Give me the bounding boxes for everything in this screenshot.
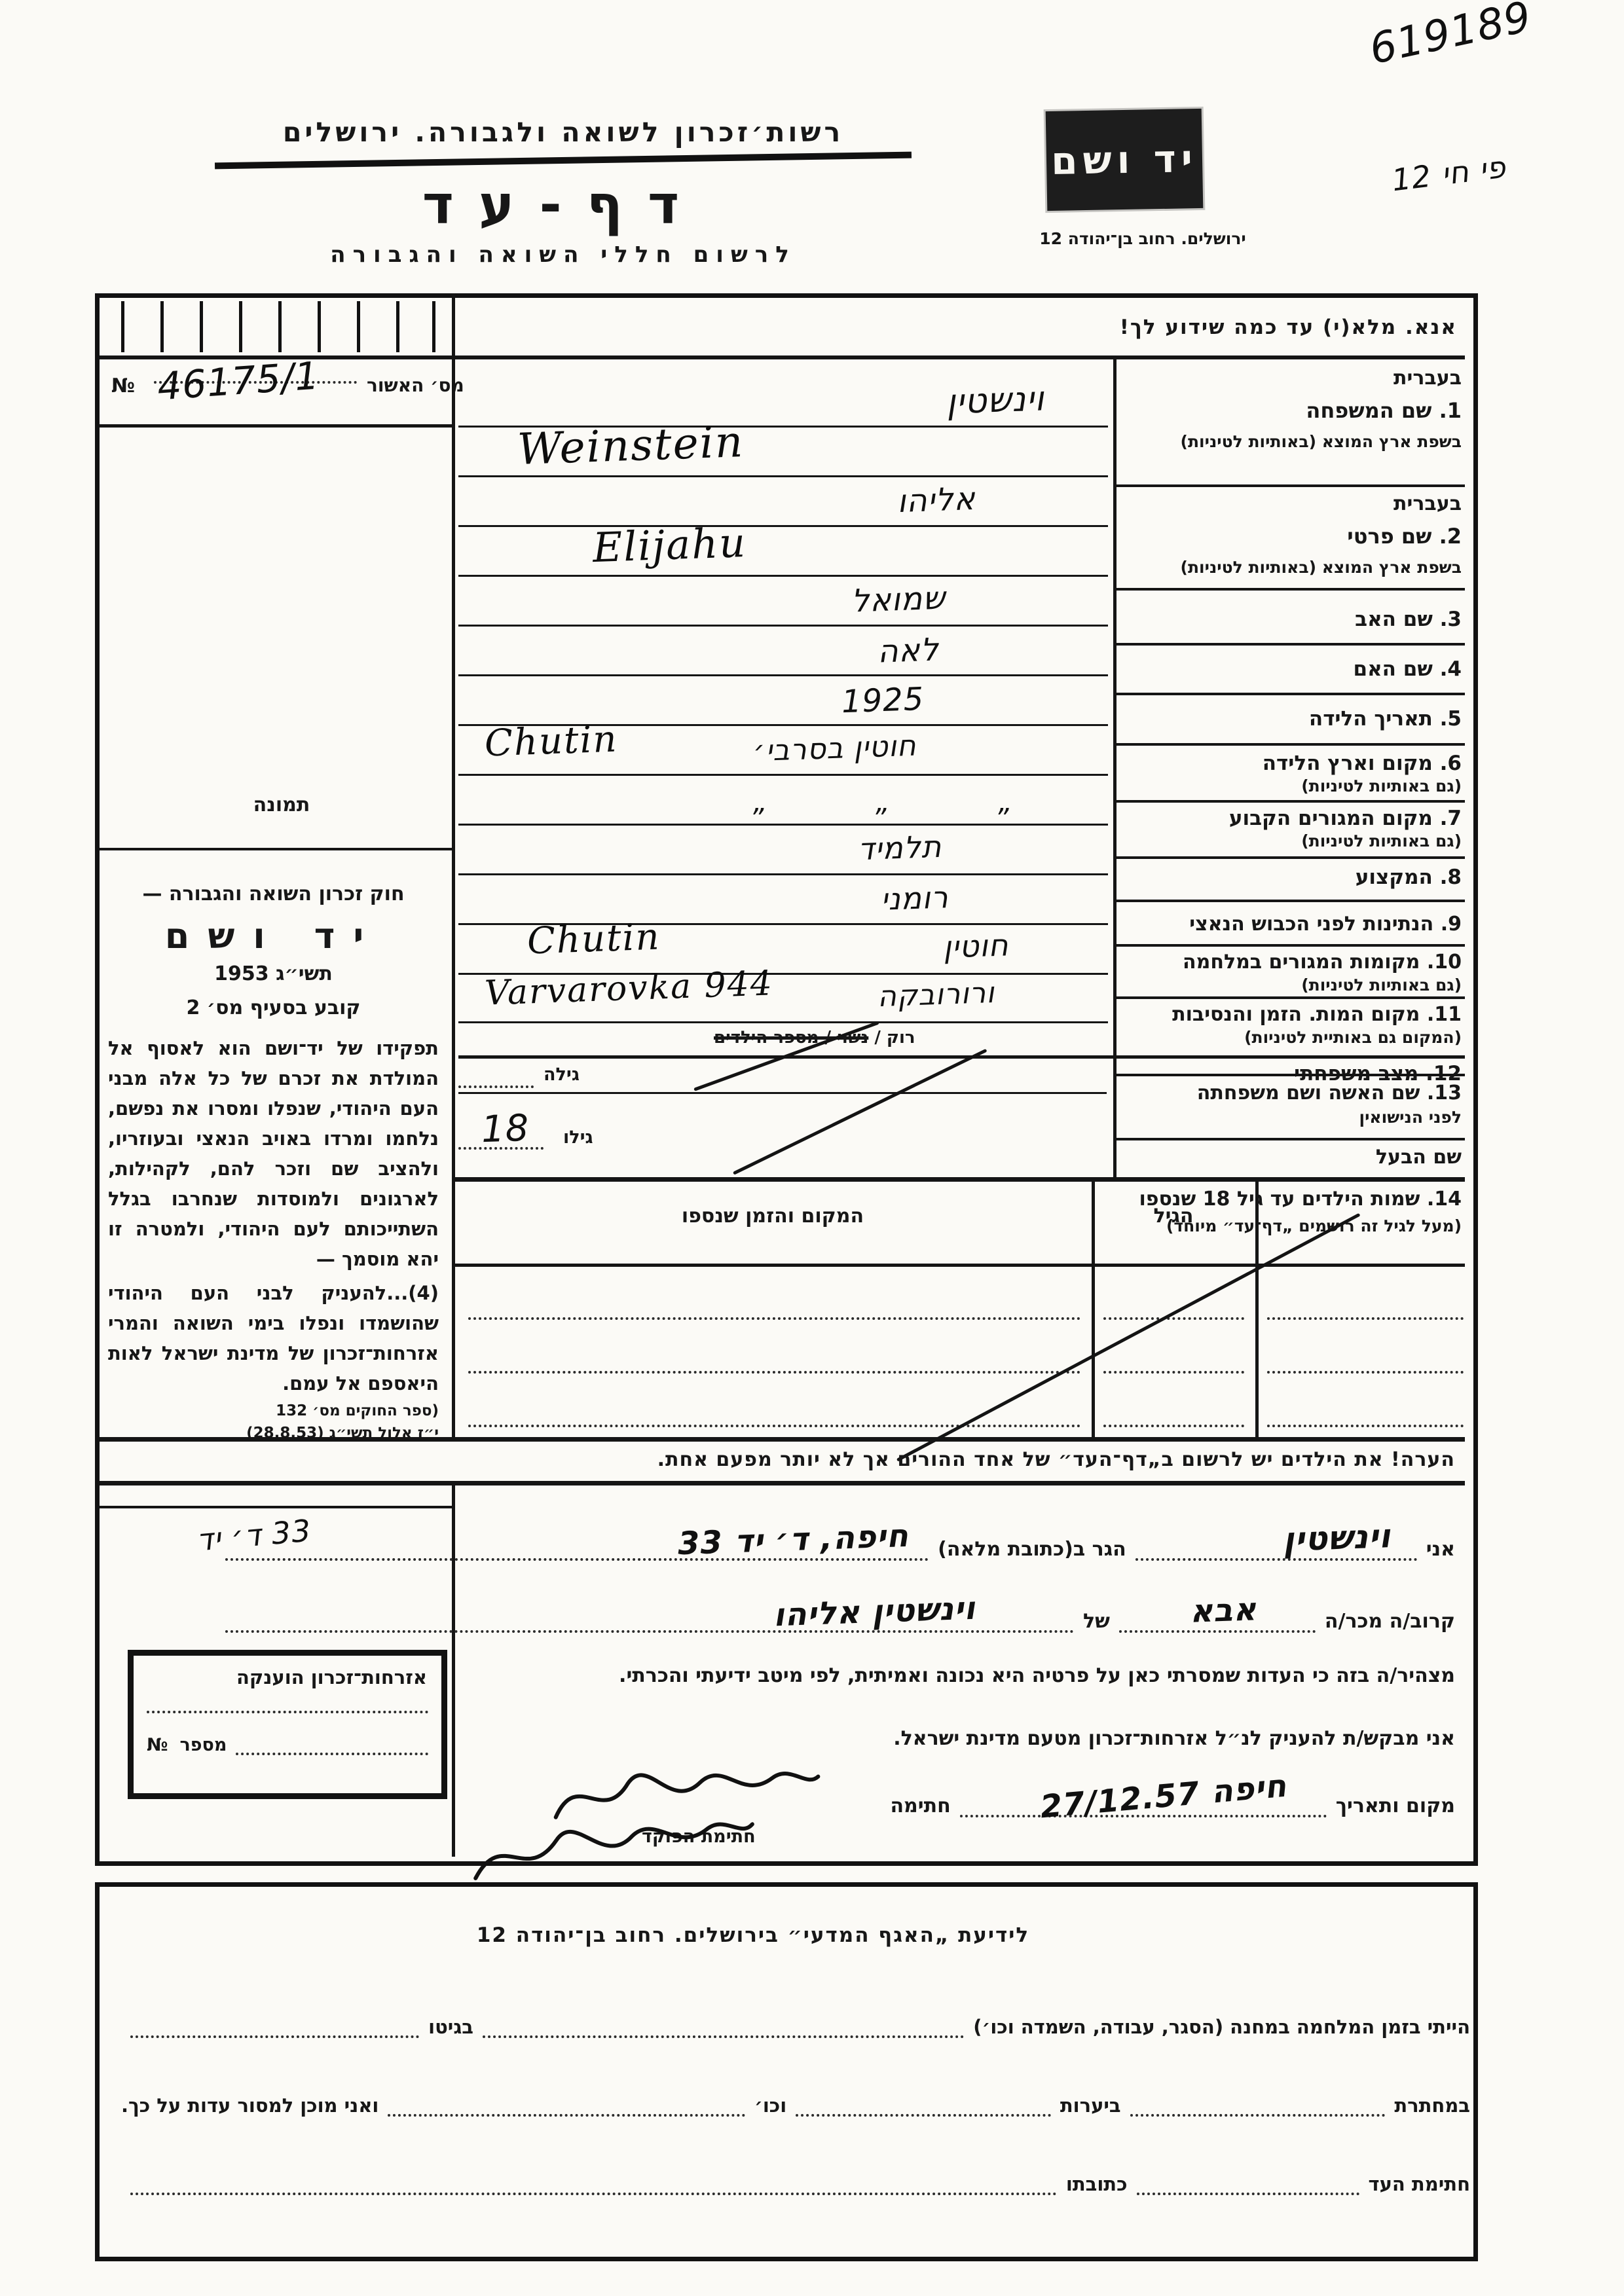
field-number: 13.	[1427, 1082, 1462, 1104]
label-divider	[1115, 800, 1465, 803]
label-divider	[1115, 743, 1465, 746]
sublabel-wife-name: לפני הנישואין	[1359, 1108, 1462, 1127]
bottom-ghetto-label: בגיטו	[428, 2016, 473, 2038]
citizenship-dotted-line	[147, 1711, 428, 1713]
bottom-underground-blank	[1130, 2085, 1386, 2117]
label-birth-date: תאריך הלידה	[1309, 707, 1433, 731]
table-column-line	[1255, 1177, 1259, 1437]
divider-label-column	[1113, 355, 1116, 1177]
decl-address-blank: חיפה, ד׳ יד 33	[225, 1520, 929, 1561]
his-age-value: 18	[481, 1107, 530, 1152]
label-permanent-residence: מקום המגורים הקבוע	[1229, 807, 1433, 830]
value-family-name-hebrew: וינשטין	[946, 379, 1045, 422]
field-number: 1.	[1439, 398, 1462, 423]
field-number: 8.	[1440, 866, 1462, 889]
logo-caption: ירושלים. רחוב בן־יהודה 12	[1018, 229, 1267, 248]
law-section: קובע בסעיף מס׳ 2	[108, 996, 439, 1019]
label-profession: המקצוע	[1356, 866, 1433, 889]
rule-family-status	[458, 1055, 1465, 1059]
write-line	[458, 625, 1108, 627]
decl-of-blank: וינשטין אליהו	[225, 1592, 1074, 1633]
header: רשות׳זכרון לשואה ולגבורה. ירושלים דף-עד …	[210, 117, 917, 268]
numero-sign: №	[111, 374, 135, 397]
decl-request: אני מבקש/ת להעניק לנ״ל אזרחות־זכרון מטעם…	[893, 1727, 1455, 1750]
tick-mark	[318, 301, 321, 352]
decl-address-value: חיפה, ד׳ יד 33	[678, 1518, 910, 1562]
table-row-dotted	[468, 1317, 1080, 1320]
value-war-residence-hebrew: חוטין	[942, 927, 1009, 964]
decl-signature-label: חתימה	[890, 1795, 950, 1817]
decl-of-value: וינשטין אליהו	[773, 1590, 976, 1634]
table-row-dotted	[1267, 1317, 1464, 1320]
tick-mark	[278, 301, 282, 352]
value-father-name: שמואל	[851, 580, 946, 620]
citizenship-box: אזרחות־זכרון הוענקה מספר №	[128, 1650, 447, 1799]
value-war-residence-latin: Chutin	[526, 915, 661, 962]
bottom-forests-blank	[796, 2085, 1051, 2117]
field-number: 10.	[1427, 951, 1462, 974]
value-birth-date: 1925	[841, 681, 925, 720]
bottom-etc-blank	[388, 2085, 745, 2117]
header-underline	[215, 152, 912, 170]
label-divider	[1115, 900, 1465, 902]
decl-relation-blank: אבא	[1119, 1592, 1316, 1633]
tick-mark	[357, 301, 360, 352]
authority-line: רשות׳זכרון לשואה ולגבורה. ירושלים	[210, 117, 917, 148]
label-wife-name: שם האשה ושם משפחתה	[1197, 1082, 1420, 1104]
table-top-rule	[455, 1177, 1465, 1182]
rule-photo-bottom	[100, 848, 452, 850]
tick-mark	[160, 301, 164, 352]
table-header-age: הגיל	[1095, 1205, 1252, 1228]
sublabel-family-name: בשפת ארץ המוצא (באותיות לטיניות)	[1181, 432, 1462, 451]
write-line	[458, 774, 1108, 776]
label-divider	[1115, 1138, 1465, 1140]
bottom-ready-label: ואני מוכן למסור עדות על כך.	[121, 2094, 378, 2117]
write-line-her-age	[458, 1092, 1107, 1094]
form-title: דף-עד	[210, 174, 917, 236]
label-first-name: שם פרטי	[1347, 524, 1431, 549]
decl-of-label: של	[1083, 1610, 1110, 1633]
field-number: 2.	[1439, 524, 1462, 549]
table-row-dotted	[468, 1425, 1080, 1427]
decl-witness-name: וינשטין	[1282, 1517, 1392, 1559]
yad-vashem-stamp: יד ושם	[1046, 109, 1204, 211]
fill-instruction: אנא. מלא(י) עד כמה שידוע לך!	[1120, 316, 1457, 339]
table-row-dotted	[468, 1371, 1080, 1374]
decl-name-blank: וינשטין	[1135, 1520, 1417, 1561]
handwritten-serial: 619189	[1365, 0, 1536, 74]
bottom-underground-label: במחתרת	[1394, 2094, 1470, 2117]
label-divider	[1115, 643, 1465, 646]
bottom-camp-blank	[483, 2007, 964, 2038]
law-paragraph-1: תפקידו של יד־ושם הוא לאסוף אל המולדת את …	[108, 1033, 439, 1274]
bottom-witness-signature-blank	[1137, 2164, 1359, 2195]
his-age-label: גילו	[563, 1127, 593, 1148]
table-header-bottom-rule	[455, 1264, 1465, 1267]
tick-mark	[121, 301, 124, 352]
tick-mark	[200, 301, 203, 352]
her-age-dotted	[458, 1085, 534, 1088]
label-war-residence: מקומות המגורים במלחמה	[1183, 951, 1420, 974]
value-first-name-hebrew: אליהו	[896, 481, 976, 520]
label-divider	[1115, 588, 1465, 591]
handwritten-note: פי חי 12	[1390, 149, 1507, 198]
bottom-address-label: כתובתו	[1066, 2173, 1128, 2195]
his-age-dotted	[458, 1147, 544, 1150]
label-divider	[1115, 856, 1465, 859]
value-birth-place-hebrew: חוטין בסרבי׳	[752, 729, 917, 769]
decl-statement: מצהיר/ה בזה כי העדות שמסרתי כאן על פרטיה…	[619, 1664, 1455, 1687]
note-text: הערה! את הילדים יש לרשום ב„דף־העד״ של אח…	[657, 1448, 1455, 1471]
label-divider	[1115, 944, 1465, 947]
decl-place-date-label: מקום ותאריך	[1336, 1795, 1455, 1817]
value-birth-place-latin: Chutin	[484, 718, 619, 765]
rule-approval-bottom	[100, 424, 452, 428]
table-row-dotted	[1267, 1425, 1464, 1427]
value-profession: תלמיד	[857, 829, 942, 867]
note-bottom-rule	[100, 1481, 1465, 1485]
value-first-name-latin: Elijahu	[592, 519, 747, 572]
write-line	[458, 873, 1108, 875]
field-number: 3.	[1440, 608, 1462, 631]
label-divider	[1115, 1074, 1465, 1076]
label-in-hebrew-2: בעברית	[1393, 492, 1462, 515]
decl-relation-value: אבא	[1189, 1591, 1257, 1630]
label-mother-name: שם האם	[1354, 657, 1433, 681]
value-nationality: רומני	[880, 879, 949, 917]
decl-resides-label: הגר ב(כתובת מלאה)	[938, 1538, 1126, 1561]
citizenship-number-label: מספר	[179, 1735, 227, 1755]
sublabel-permanent-residence: (גם באותיות לטיניות)	[1301, 831, 1462, 850]
table-row-dotted	[1103, 1317, 1244, 1320]
law-yad-vashem: יד ושם	[108, 915, 439, 957]
label-in-hebrew-1: בעברית	[1393, 367, 1462, 390]
table-column-line	[1092, 1177, 1095, 1437]
sublabel-first-name: בשפת ארץ המוצא (באותיות לטיניות)	[1181, 558, 1462, 577]
field-number: 11.	[1427, 1003, 1462, 1026]
form-subtitle: לרשום חללי השואה והגבורה	[210, 242, 917, 268]
page-of-testimony-scan: 619189 רשות׳זכרון לשואה ולגבורה. ירושלים…	[0, 0, 1624, 2296]
label-father-name: שם האב	[1355, 608, 1433, 631]
photo-label: תמונה	[216, 793, 347, 816]
bottom-forests-label: ביערות	[1060, 2094, 1121, 2117]
bottom-witness-signature-label: חתימת העד	[1369, 2173, 1470, 2195]
label-divider	[1115, 484, 1465, 487]
label-divider	[1115, 693, 1465, 695]
decl-place-date-blank: חיפה 27/12.57	[960, 1776, 1327, 1817]
write-line	[458, 824, 1108, 826]
table-row-dotted	[1103, 1371, 1244, 1374]
write-line	[458, 1021, 1108, 1023]
label-death-place: מקום המות. הזמן והנסיבות	[1172, 1003, 1420, 1026]
table-row-dotted	[1267, 1371, 1464, 1374]
label-divider	[1115, 996, 1465, 999]
label-birth-place: מקום וארץ הלידה	[1263, 752, 1433, 775]
citizenship-numero-sign: №	[147, 1735, 168, 1755]
value-family-name-latin: Weinstein	[517, 416, 745, 475]
family-status-options-struck: נשוי / מספר הילדים	[714, 1028, 868, 1048]
value-residence-ditto: „ „ „	[753, 786, 1013, 818]
field-number: 5.	[1440, 707, 1462, 731]
table-row-dotted	[1103, 1425, 1244, 1427]
write-line	[458, 674, 1108, 676]
write-line	[458, 575, 1108, 577]
rule-law-bottom	[100, 1506, 452, 1508]
write-line	[458, 525, 1108, 527]
law-heading: חוק זכרון השואה והגבורה —	[108, 883, 439, 905]
tick-mark	[239, 301, 242, 352]
value-death-place-hebrew: ורורובקה	[877, 976, 995, 1013]
decl-place-date-value: חיפה 27/12.57	[1039, 1768, 1288, 1826]
law-ref-1: (ספר החוקים מס׳ 132	[108, 1402, 439, 1419]
label-husband-name: שם הבעל	[1376, 1146, 1462, 1169]
sublabel-death-place: (המקום גם באותיית לטיניות)	[1244, 1028, 1462, 1047]
value-mother-name: לאה	[877, 631, 940, 670]
field-number: 6.	[1440, 752, 1462, 775]
tick-mark	[432, 301, 435, 352]
bottom-address-blank	[130, 2164, 1057, 2195]
tick-mark	[396, 301, 399, 352]
decl-i-label: אני	[1426, 1538, 1455, 1561]
citizenship-number-blank	[236, 1730, 428, 1755]
decl-relation-label: קרוב/ה מכר/ה	[1325, 1610, 1455, 1633]
yad-vashem-logo-text: יד ושם	[1051, 136, 1198, 183]
field-number: 9.	[1441, 913, 1462, 936]
bottom-etc-label: וכו׳	[754, 2094, 786, 2117]
family-status-option-single: רוק /	[868, 1028, 915, 1048]
law-paragraph-2: (4)...להעניק לבני העם היהודי שהושמדו ונפ…	[108, 1278, 439, 1398]
label-family-name: שם המשפחה	[1306, 398, 1431, 423]
law-year: תשי״ג 1953	[108, 962, 439, 985]
label-nationality: הנתינות לפני הכבוש הנאצי	[1189, 913, 1433, 936]
sublabel-war-residence: (גם באותיות לטיניות)	[1301, 975, 1462, 994]
bottom-title: לידיעת „האגף המדעי״ בירושלים. רחוב בן־יה…	[262, 1923, 1244, 1947]
note-top-rule	[100, 1437, 1465, 1442]
field-number: 7.	[1440, 807, 1462, 830]
table-header-place-time: המקום והזמן שנספו	[458, 1205, 1087, 1228]
sublabel-birth-place: (גם באותיות לטיניות)	[1301, 776, 1462, 795]
write-line	[458, 475, 1108, 477]
field-number: 4.	[1440, 657, 1462, 681]
bottom-ghetto-blank	[130, 2007, 419, 2038]
approval-label: מס׳ האשור	[367, 374, 464, 396]
bottom-camp-label: הייתי בזמן המלחמה במחנה (הסגר, עבודה, הש…	[973, 2016, 1470, 2038]
her-age-label: גילה	[544, 1065, 580, 1085]
field-number: 14.	[1427, 1188, 1462, 1211]
citizenship-title: אזרחות־זכרון הוענקה	[134, 1656, 441, 1688]
